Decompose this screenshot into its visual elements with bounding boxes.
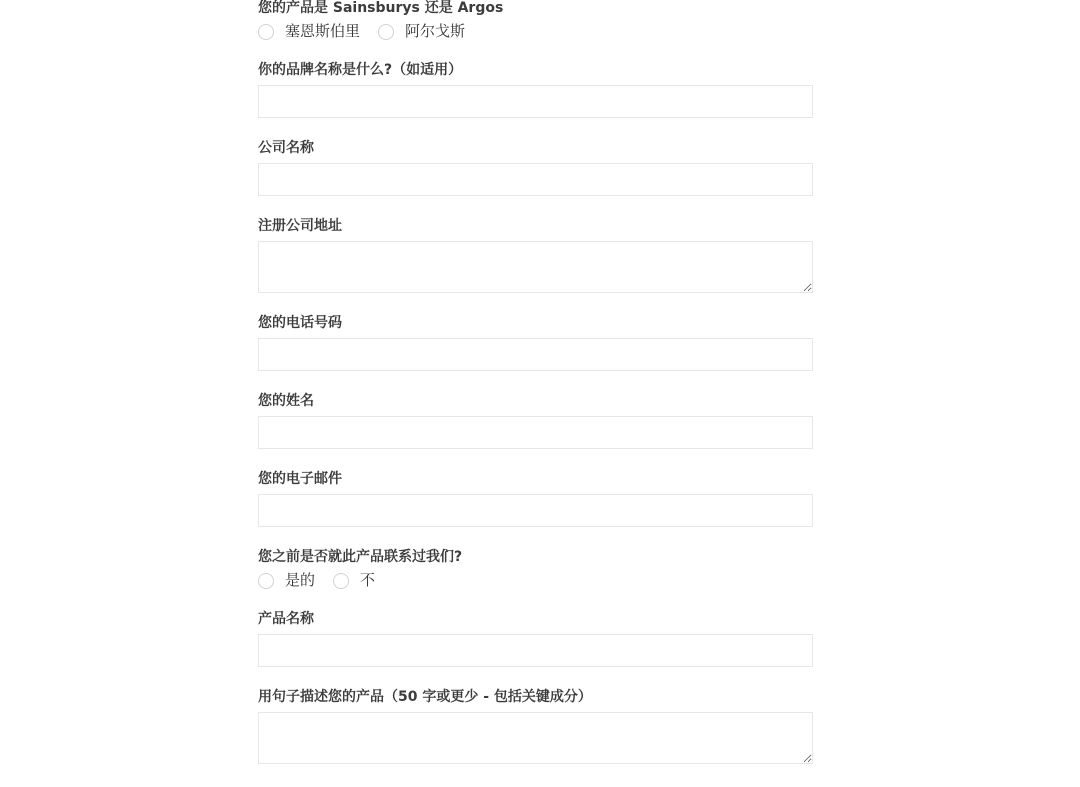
product-description-label: 用句子描述您的产品（50 字或更少 - 包括关键成分） xyxy=(258,690,813,705)
contacted-before-label: 您之前是否就此产品联系过我们? xyxy=(258,550,813,565)
brand-name-label: 你的品牌名称是什么?（如适用） xyxy=(258,63,813,78)
yes-radio-label: 是的 xyxy=(285,572,315,589)
product-retailer-label: 您的产品是 Sainsburys 还是 Argos xyxy=(258,1,813,16)
sainsburys-radio[interactable] xyxy=(258,24,274,40)
field-product-description: 用句子描述您的产品（50 字或更少 - 包括关键成分） xyxy=(258,690,813,764)
field-brand-name: 你的品牌名称是什么?（如适用） xyxy=(258,63,813,118)
company-name-input[interactable] xyxy=(258,163,813,196)
argos-radio-label: 阿尔戈斯 xyxy=(405,23,465,40)
email-label: 您的电子邮件 xyxy=(258,472,813,487)
radio-option-argos[interactable]: 阿尔戈斯 xyxy=(378,23,465,40)
company-address-textarea[interactable] xyxy=(258,241,813,293)
sainsburys-radio-label: 塞恩斯伯里 xyxy=(285,23,360,40)
your-name-input[interactable] xyxy=(258,416,813,449)
radio-option-no[interactable]: 不 xyxy=(333,572,375,589)
your-name-label: 您的姓名 xyxy=(258,394,813,409)
field-company-address: 注册公司地址 xyxy=(258,219,813,293)
argos-radio[interactable] xyxy=(378,24,394,40)
contacted-before-options: 是的 不 xyxy=(258,572,813,589)
product-name-label: 产品名称 xyxy=(258,612,813,627)
radio-option-sainsburys[interactable]: 塞恩斯伯里 xyxy=(258,23,360,40)
phone-number-input[interactable] xyxy=(258,338,813,371)
phone-number-label: 您的电话号码 xyxy=(258,316,813,331)
field-phone-number: 您的电话号码 xyxy=(258,316,813,371)
field-your-name: 您的姓名 xyxy=(258,394,813,449)
product-retailer-options: 塞恩斯伯里 阿尔戈斯 xyxy=(258,23,813,40)
no-radio-label: 不 xyxy=(360,572,375,589)
contact-form: 您的产品是 Sainsburys 还是 Argos 塞恩斯伯里 阿尔戈斯 你的品… xyxy=(258,1,813,770)
field-product-name: 产品名称 xyxy=(258,612,813,667)
brand-name-input[interactable] xyxy=(258,85,813,118)
field-company-name: 公司名称 xyxy=(258,141,813,196)
email-input[interactable] xyxy=(258,494,813,527)
product-description-textarea[interactable] xyxy=(258,712,813,764)
radio-option-yes[interactable]: 是的 xyxy=(258,572,315,589)
no-radio[interactable] xyxy=(333,573,349,589)
field-product-retailer: 您的产品是 Sainsburys 还是 Argos 塞恩斯伯里 阿尔戈斯 xyxy=(258,1,813,40)
field-contacted-before: 您之前是否就此产品联系过我们? 是的 不 xyxy=(258,550,813,589)
company-address-label: 注册公司地址 xyxy=(258,219,813,234)
company-name-label: 公司名称 xyxy=(258,141,813,156)
field-email: 您的电子邮件 xyxy=(258,472,813,527)
yes-radio[interactable] xyxy=(258,573,274,589)
product-name-input[interactable] xyxy=(258,634,813,667)
